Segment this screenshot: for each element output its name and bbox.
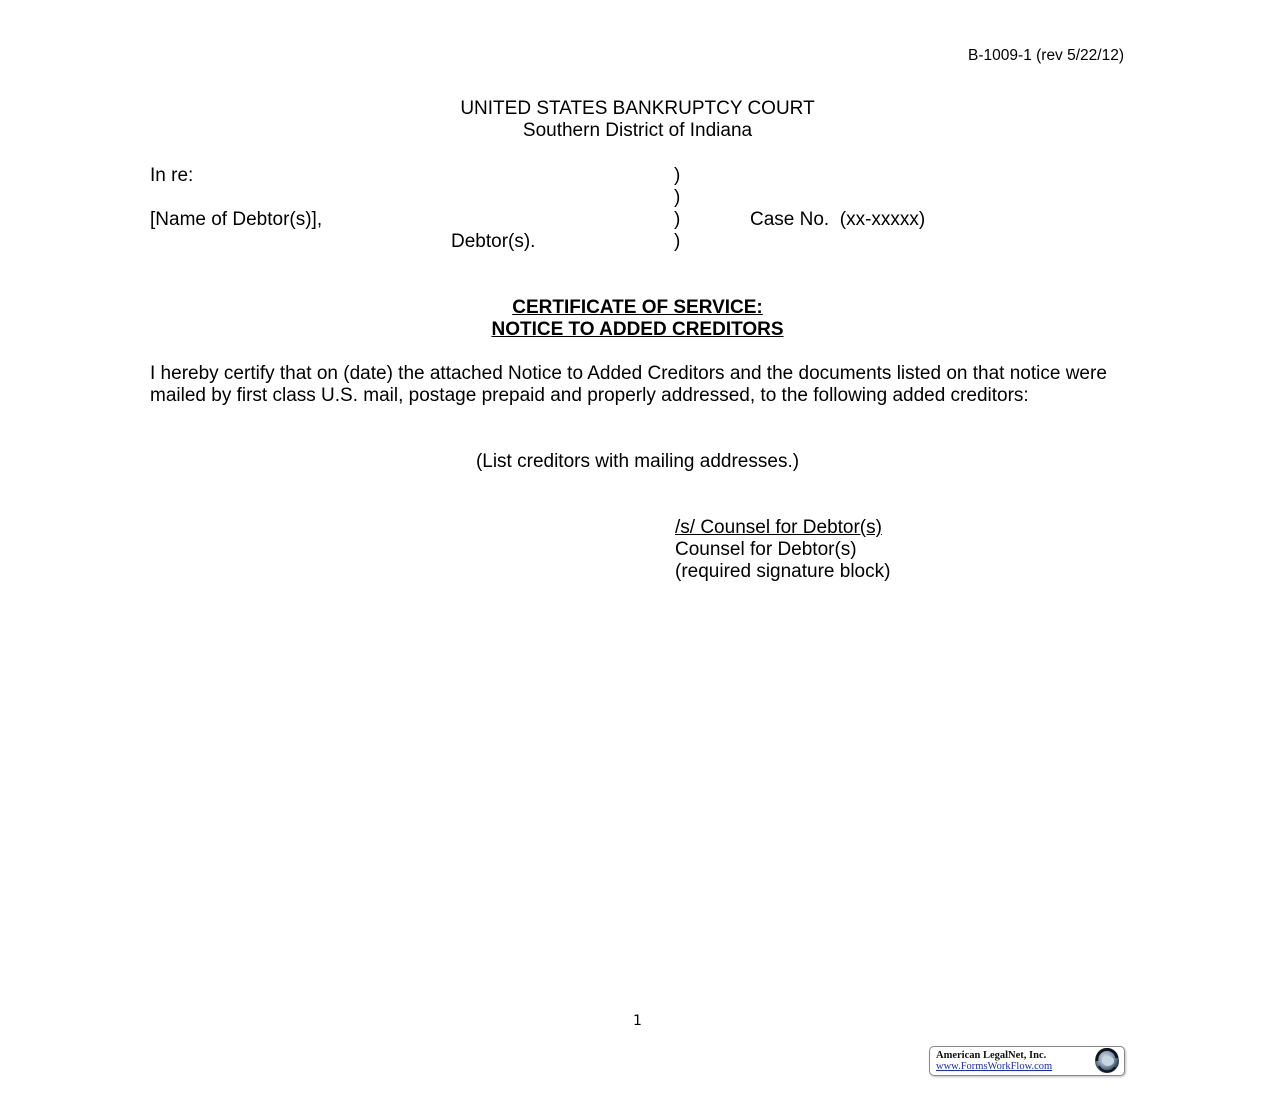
form-id: B-1009-1 (rev 5/22/12): [968, 47, 1124, 65]
american-legalnet-badge[interactable]: American LegalNet, Inc. www.FormsWorkFlo…: [929, 1046, 1125, 1076]
caption-paren: ): [674, 209, 680, 231]
document-title-line1: CERTIFICATE OF SERVICE:: [0, 297, 1275, 319]
in-re-label: In re:: [150, 165, 193, 187]
badge-company: American LegalNet, Inc.: [936, 1050, 1046, 1061]
globe-logo-icon: [1093, 1048, 1121, 1074]
court-district: Southern District of Indiana: [0, 120, 1275, 142]
caption-paren: ): [674, 165, 680, 187]
signature-note: (required signature block): [675, 561, 890, 583]
court-name: UNITED STATES BANKRUPTCY COURT: [0, 98, 1275, 120]
page-number: 1: [0, 1013, 1275, 1029]
case-number: Case No. (xx-xxxxx): [750, 209, 925, 231]
signature-name: Counsel for Debtor(s): [675, 539, 857, 561]
caption-paren: ): [674, 187, 680, 209]
badge-url-link[interactable]: www.FormsWorkFlow.com: [936, 1061, 1052, 1072]
debtor-name: [Name of Debtor(s)],: [150, 209, 322, 231]
creditor-list-note: (List creditors with mailing addresses.): [0, 451, 1275, 473]
signature-line: /s/ Counsel for Debtor(s): [675, 517, 882, 539]
debtor-label: Debtor(s).: [451, 231, 535, 253]
document-title-line2: NOTICE TO ADDED CREDITORS: [0, 319, 1275, 341]
certification-paragraph: I hereby certify that on (date) the atta…: [150, 363, 1110, 407]
caption-paren: ): [674, 231, 680, 253]
